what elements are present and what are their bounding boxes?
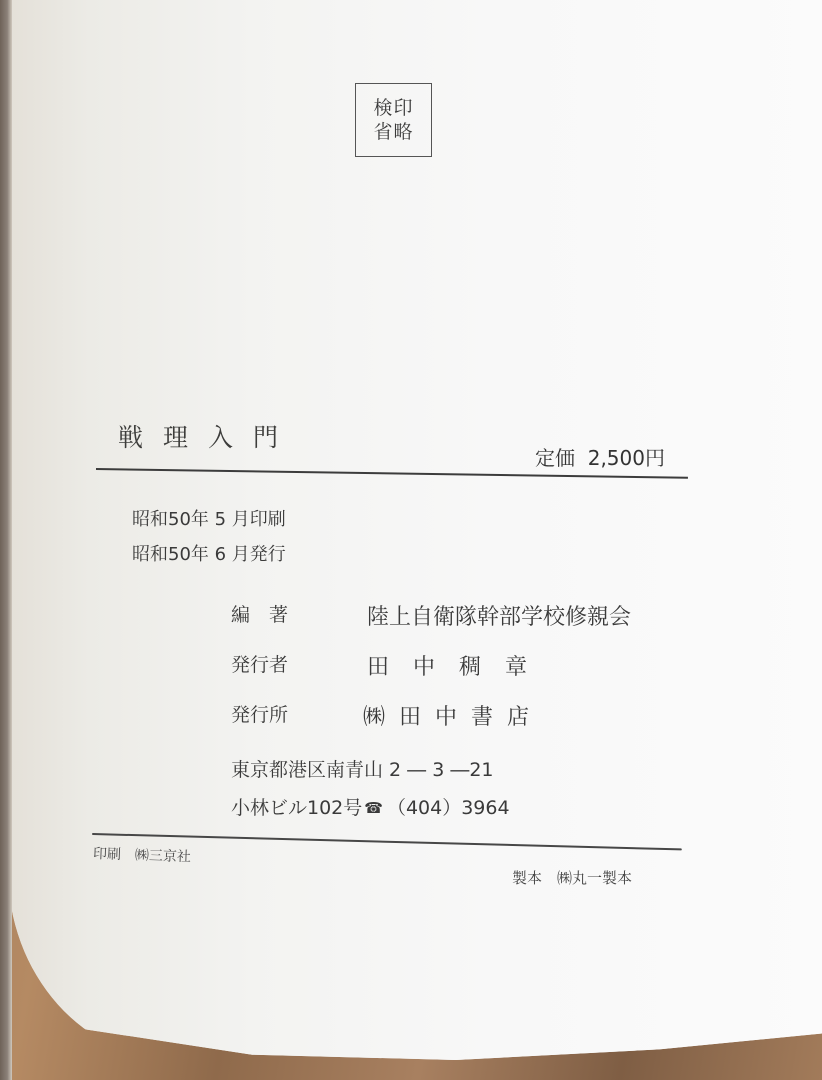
- telephone-icon: ☎: [364, 799, 383, 817]
- seal-line-2: 省略: [373, 120, 413, 144]
- credit-row-publisher-company: 発行所 ㈱田中書店: [231, 700, 543, 731]
- seal-line-1: 検印: [373, 96, 413, 120]
- credit-value: 陸上自衛隊幹部学校修親会: [367, 600, 631, 631]
- list-price: 定価 2,500円: [535, 442, 665, 471]
- book-spine-shadow: [0, 0, 12, 1080]
- price-value: 2,500円: [588, 446, 665, 470]
- credit-label: 編 著: [231, 600, 367, 631]
- credit-value: ㈱田中書店: [363, 700, 543, 731]
- credit-label: 発行所: [231, 700, 367, 731]
- binder-credit: 製本 ㈱丸一製本: [512, 867, 632, 888]
- price-label: 定価: [535, 446, 575, 470]
- building-name: 小林ビル102号: [231, 797, 362, 819]
- credit-row-publisher-person: 発行者 田中稠章: [231, 650, 551, 681]
- phone-number: （404）3964: [387, 797, 510, 819]
- book-title: 戦理入門: [118, 418, 298, 454]
- print-date: 昭和50年 5 月印刷: [132, 505, 286, 531]
- credit-value: 田中稠章: [367, 650, 551, 681]
- issue-date: 昭和50年 6 月発行: [132, 540, 286, 566]
- credit-label: 発行者: [231, 650, 367, 681]
- address-line-2: 小林ビル102号☎（404）3964: [231, 793, 510, 820]
- printer-credit: 印刷 ㈱三京社: [93, 843, 192, 866]
- inspection-seal-omitted-box: 検印 省略: [355, 83, 432, 157]
- credit-row-author: 編 著 陸上自衛隊幹部学校修親会: [231, 600, 631, 631]
- page-surface: [8, 0, 822, 1060]
- book-page: [8, 0, 822, 1060]
- address-line-1: 東京都港区南青山 2 ― 3 ―21: [231, 755, 494, 782]
